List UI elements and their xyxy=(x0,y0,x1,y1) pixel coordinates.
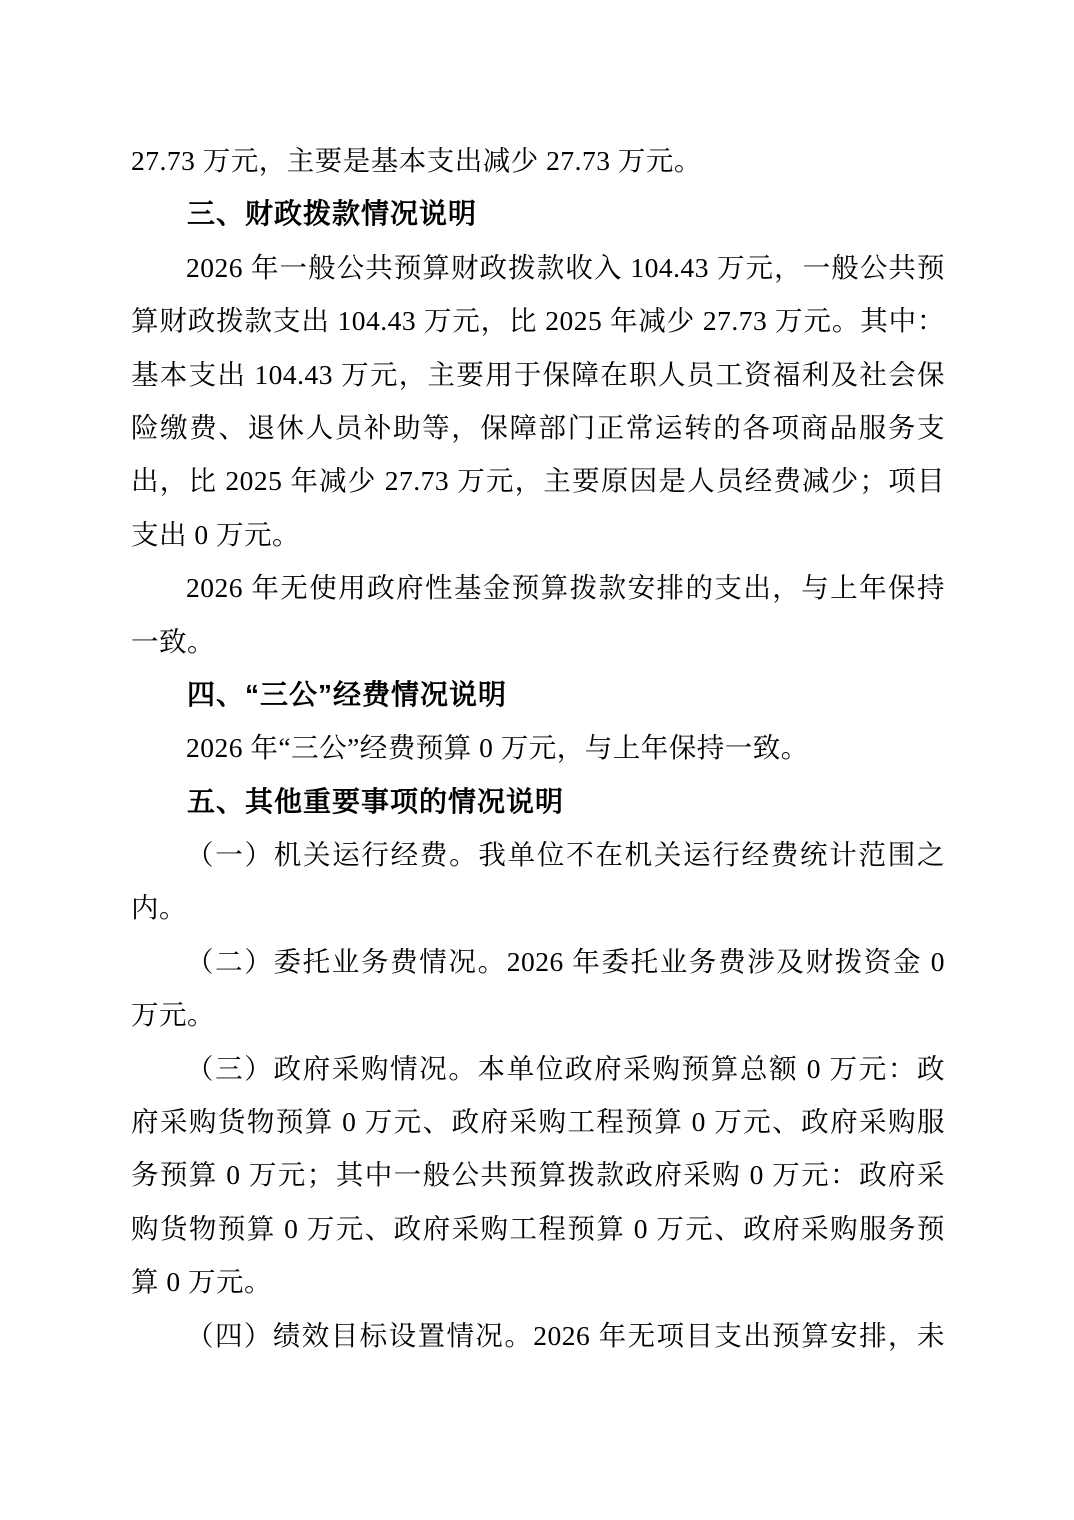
item-3-government-procurement-line: 府采购货物预算 0 万元、政府采购工程预算 0 万元、政府采购服 xyxy=(131,1095,945,1148)
fiscal-appropriation-paragraph-line: 支出 0 万元。 xyxy=(131,508,945,561)
fiscal-appropriation-paragraph-line: 2026 年一般公共预算财政拨款收入 104.43 万元，一般公共预 xyxy=(131,241,945,294)
item-2-entrusted-business-fees-line: （二）委托业务费情况。2026 年委托业务费涉及财拨资金 0 xyxy=(131,935,945,988)
text-column: 27.73 万元，主要是基本支出减少 27.73 万元。三、财政拨款情况说明20… xyxy=(131,134,945,1362)
carryover-paragraph-tail-line: 27.73 万元，主要是基本支出减少 27.73 万元。 xyxy=(131,134,945,187)
item-1-agency-operating-costs-line: （一）机关运行经费。我单位不在机关运行经费统计范围之 xyxy=(131,828,945,881)
section-3-heading: 三、财政拨款情况说明 xyxy=(131,187,945,240)
document-page: 27.73 万元，主要是基本支出减少 27.73 万元。三、财政拨款情况说明20… xyxy=(0,0,1074,1520)
item-3-government-procurement-line: 务预算 0 万元；其中一般公共预算拨款政府采购 0 万元：政府采 xyxy=(131,1148,945,1201)
fiscal-appropriation-paragraph-line: 出，比 2025 年减少 27.73 万元，主要原因是人员经费减少；项目 xyxy=(131,454,945,507)
fiscal-appropriation-paragraph-line: 险缴费、退休人员补助等，保障部门正常运转的各项商品服务支 xyxy=(131,401,945,454)
section-5-heading: 五、其他重要事项的情况说明 xyxy=(131,775,945,828)
item-2-entrusted-business-fees-line: 万元。 xyxy=(131,988,945,1041)
fiscal-appropriation-paragraph-line: 基本支出 104.43 万元，主要用于保障在职人员工资福利及社会保 xyxy=(131,348,945,401)
item-3-government-procurement-line: （三）政府采购情况。本单位政府采购预算总额 0 万元：政 xyxy=(131,1042,945,1095)
three-public-expenses-paragraph-line: 2026 年“三公”经费预算 0 万元，与上年保持一致。 xyxy=(131,721,945,774)
item-4-performance-targets-line: （四）绩效目标设置情况。2026 年无项目支出预算安排，未 xyxy=(131,1309,945,1362)
item-3-government-procurement-line: 购货物预算 0 万元、政府采购工程预算 0 万元、政府采购服务预 xyxy=(131,1202,945,1255)
section-4-heading: 四、“三公”经费情况说明 xyxy=(131,668,945,721)
fiscal-appropriation-paragraph-line: 算财政拨款支出 104.43 万元，比 2025 年减少 27.73 万元。其中… xyxy=(131,294,945,347)
item-1-agency-operating-costs-line: 内。 xyxy=(131,881,945,934)
government-fund-paragraph-line: 一致。 xyxy=(131,615,945,668)
item-3-government-procurement-line: 算 0 万元。 xyxy=(131,1255,945,1308)
government-fund-paragraph-line: 2026 年无使用政府性基金预算拨款安排的支出，与上年保持 xyxy=(131,561,945,614)
